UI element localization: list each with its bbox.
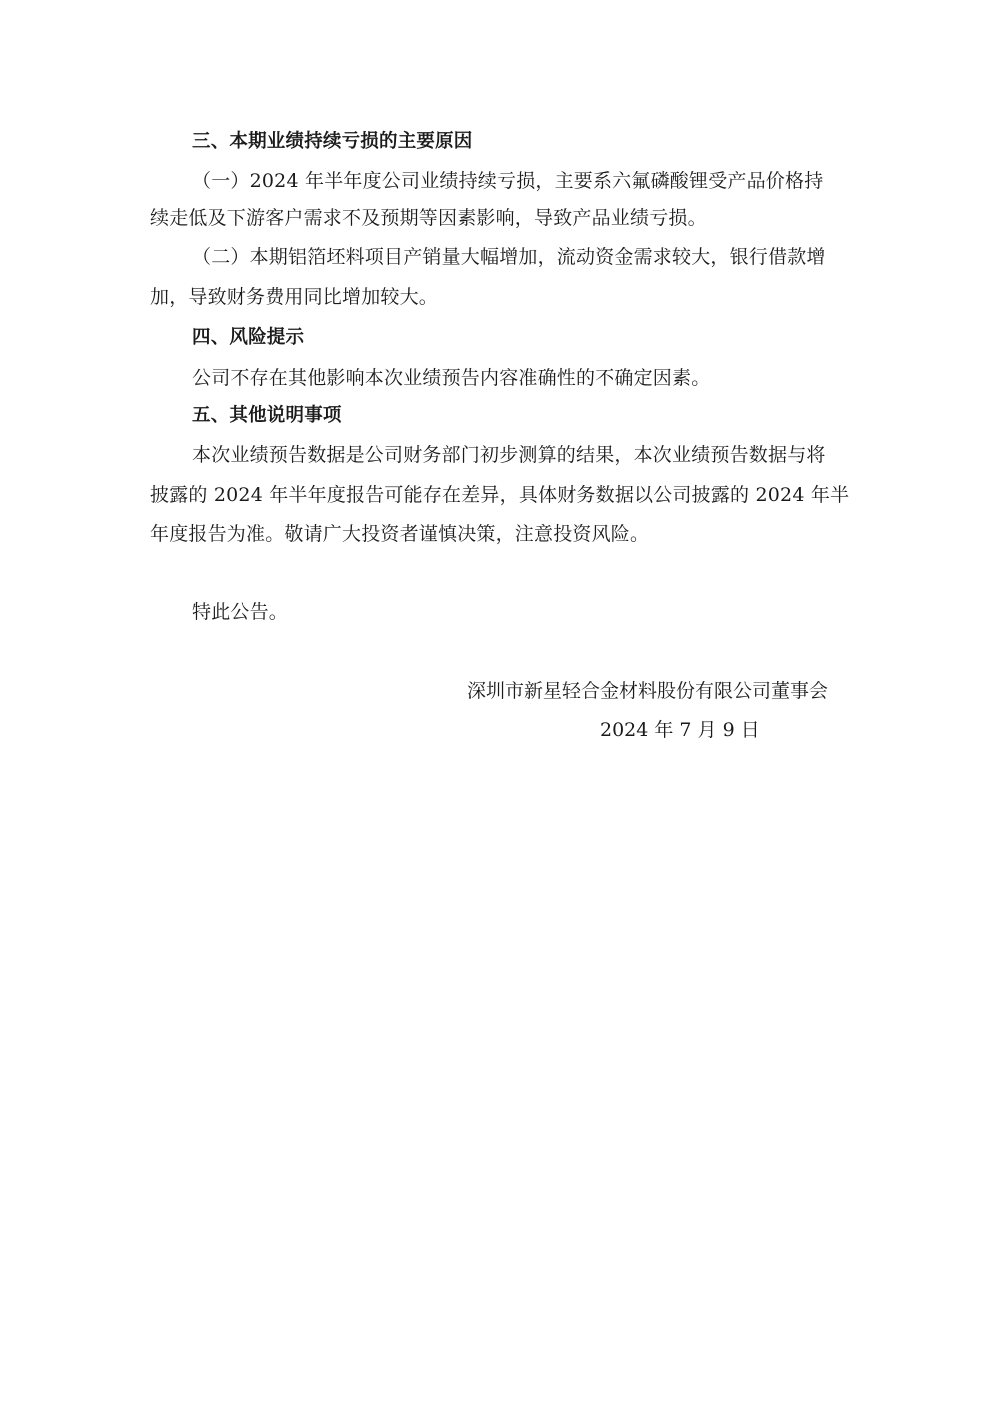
section-3-para-2-line-2: 加，导致财务费用同比增加较大。 (150, 285, 860, 309)
document-page: 三、本期业绩持续亏损的主要原因 （一）2024 年半年度公司业绩持续亏损，主要系… (0, 0, 1000, 1414)
section-5-para-1-line-3: 年度报告为准。敬请广大投资者谨慎决策，注意投资风险。 (150, 522, 860, 546)
section-5-para-1-line-2: 披露的 2024 年半年度报告可能存在差异，具体财务数据以公司披露的 2024 … (150, 483, 860, 507)
signature-date: 2024 年 7 月 9 日 (600, 718, 760, 742)
section-3-heading: 三、本期业绩持续亏损的主要原因 (192, 130, 860, 154)
section-4-para-1: 公司不存在其他影响本次业绩预告内容准确性的不确定因素。 (192, 366, 860, 390)
closing-statement: 特此公告。 (192, 600, 860, 624)
section-4-heading: 四、风险提示 (192, 326, 860, 350)
section-3-para-1-line-1: （一）2024 年半年度公司业绩持续亏损，主要系六氟磷酸锂受产品价格持 (192, 169, 860, 193)
signature-organization: 深圳市新星轻合金材料股份有限公司董事会 (467, 679, 828, 703)
section-5-heading: 五、其他说明事项 (192, 404, 860, 428)
section-5-para-1-line-1: 本次业绩预告数据是公司财务部门初步测算的结果，本次业绩预告数据与将 (192, 443, 860, 467)
section-3-para-2-line-1: （二）本期铝箔坯料项目产销量大幅增加，流动资金需求较大，银行借款增 (192, 245, 860, 269)
section-3-para-1-line-2: 续走低及下游客户需求不及预期等因素影响，导致产品业绩亏损。 (150, 206, 860, 230)
